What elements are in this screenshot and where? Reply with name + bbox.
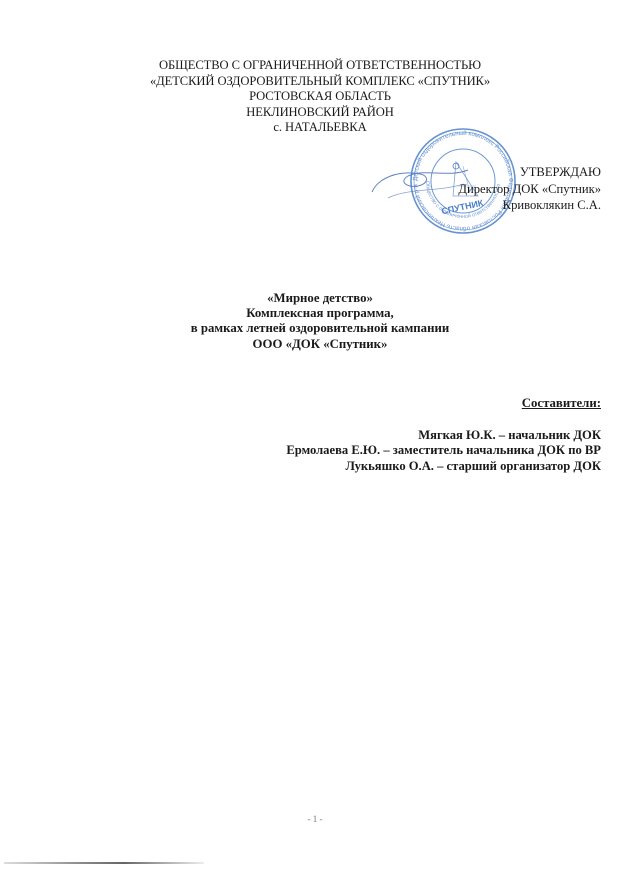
org-line: НЕКЛИНОВСКИЙ РАЙОН	[100, 105, 540, 121]
org-line: РОСТОВСКАЯ ОБЛАСТЬ	[100, 89, 540, 105]
approval-position: Директор ДОК «Спутник»	[458, 181, 601, 198]
scan-artifact-line	[4, 862, 204, 864]
approval-name: Кривоклякин С.А.	[458, 197, 601, 214]
approval-block: УТВЕРЖДАЮ Директор ДОК «Спутник» Кривокл…	[458, 164, 601, 214]
title-line: ООО «ДОК «Спутник»	[120, 337, 520, 352]
document-title: «Мирное детство» Комплексная программа, …	[120, 291, 520, 352]
page-number: - 1 -	[300, 814, 330, 824]
title-line: в рамках летней оздоровительной кампании	[120, 321, 520, 336]
org-line: ОБЩЕСТВО С ОГРАНИЧЕННОЙ ОТВЕТСТВЕННОСТЬЮ	[100, 58, 540, 74]
compiler-item: Лукьяшко О.А. – старший организатор ДОК	[286, 459, 601, 474]
org-line: «ДЕТСКИЙ ОЗДОРОВИТЕЛЬНЫЙ КОМПЛЕКС «СПУТН…	[100, 74, 540, 90]
compilers-list: Мягкая Ю.К. – начальник ДОК Ермолаева Е.…	[286, 428, 601, 474]
compiler-item: Мягкая Ю.К. – начальник ДОК	[286, 428, 601, 443]
compilers-heading: Составители:	[522, 396, 601, 411]
title-line: «Мирное детство»	[120, 291, 520, 306]
title-line: Комплексная программа,	[120, 306, 520, 321]
organization-header: ОБЩЕСТВО С ОГРАНИЧЕННОЙ ОТВЕТСТВЕННОСТЬЮ…	[100, 58, 540, 136]
approval-label: УТВЕРЖДАЮ	[458, 164, 601, 181]
compiler-item: Ермолаева Е.Ю. – заместитель начальника …	[286, 443, 601, 458]
